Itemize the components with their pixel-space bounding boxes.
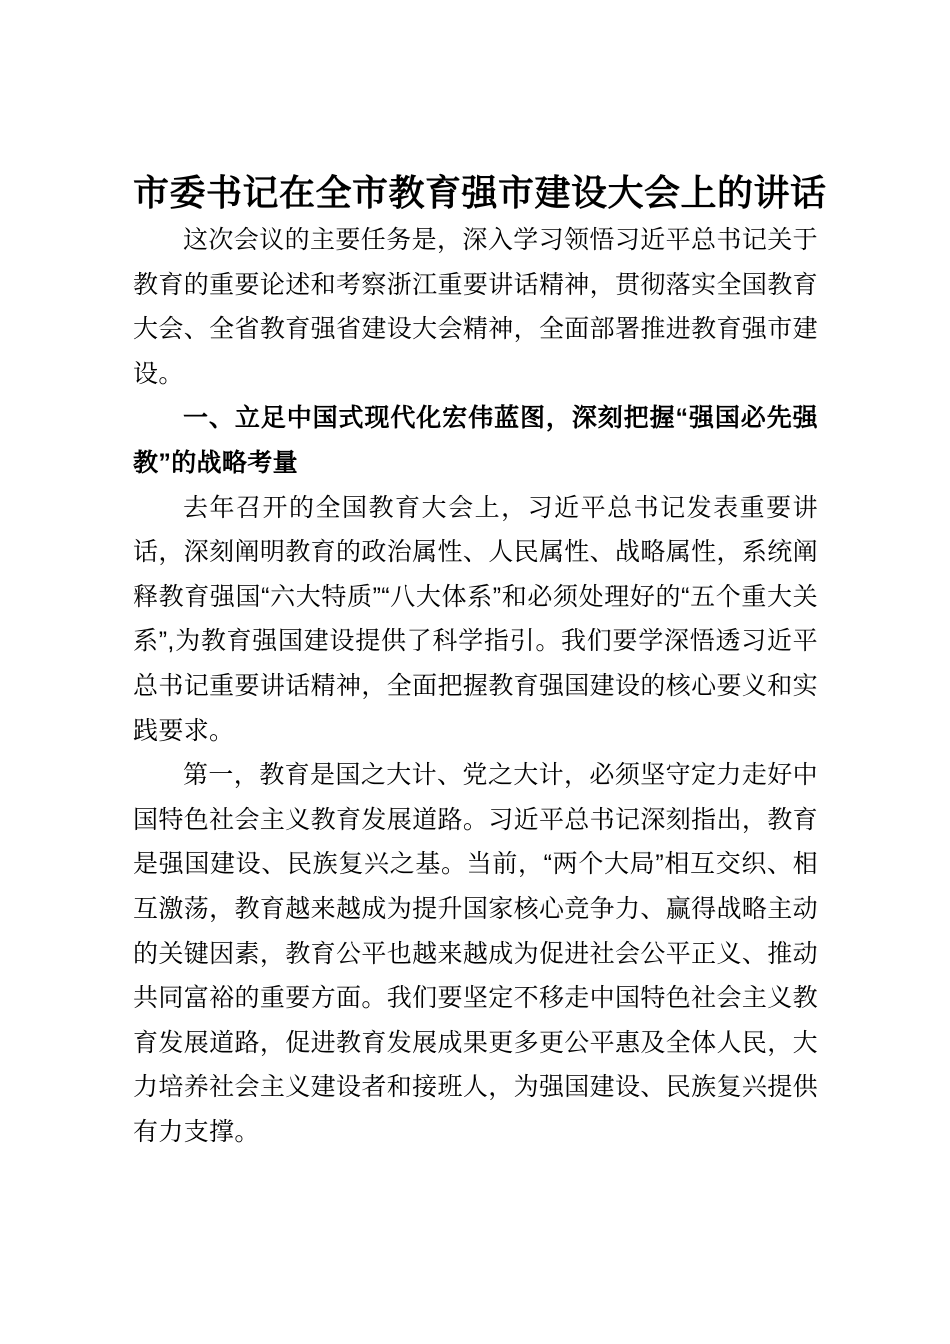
document-page: 市委书记在全市教育强市建设大会上的讲话 这次会议的主要任务是，深入学习领悟习近平… xyxy=(0,0,950,1344)
document-title: 市委书记在全市教育强市建设大会上的讲话 xyxy=(133,170,818,216)
paragraph-intro: 这次会议的主要任务是，深入学习领悟习近平总书记关于教育的重要论述和考察浙江重要讲… xyxy=(133,218,818,396)
paragraph-body-1: 去年召开的全国教育大会上，习近平总书记发表重要讲话，深刻阐明教育的政治属性、人民… xyxy=(133,486,818,754)
section-heading-1: 一、立足中国式现代化宏伟蓝图，深刻把握“强国必先强教”的战略考量 xyxy=(133,396,818,485)
paragraph-body-2: 第一，教育是国之大计、党之大计，必须坚守定力走好中国特色社会主义教育发展道路。习… xyxy=(133,753,818,1154)
